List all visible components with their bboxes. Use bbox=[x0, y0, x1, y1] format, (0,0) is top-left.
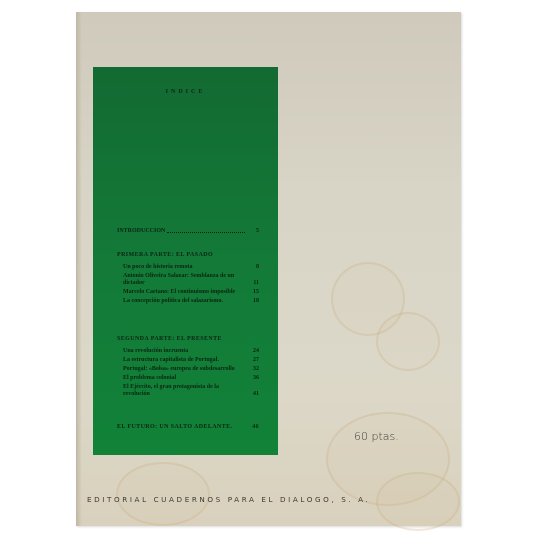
intro-page: 5 bbox=[247, 228, 259, 235]
entry-title: Antonio Oliveira Salazar: Semblanza de u… bbox=[123, 273, 247, 287]
book-back-cover: INDICE INTRODUCCION 5 PRIMERA PARTE: EL … bbox=[76, 12, 461, 526]
water-stain bbox=[376, 472, 460, 531]
leader-dots bbox=[167, 232, 245, 233]
toc-entry: La concepción política del salazarismo. … bbox=[123, 298, 259, 305]
entry-page: 15 bbox=[247, 289, 259, 296]
toc-entry: Antonio Oliveira Salazar: Semblanza de u… bbox=[123, 273, 259, 287]
toc-entry: Marcelo Caetano: El continuismo imposibl… bbox=[123, 289, 259, 296]
part2-heading: SEGUNDA PARTE: EL PRESENTE bbox=[117, 336, 222, 343]
entry-page: 18 bbox=[247, 298, 259, 305]
future-page: 46 bbox=[252, 424, 259, 431]
entry-title: El Ejército, el gran protagonista de la … bbox=[123, 384, 247, 398]
water-stain bbox=[376, 312, 440, 371]
entry-page: 24 bbox=[247, 348, 259, 355]
entry-title: La concepción política del salazarismo. bbox=[123, 298, 247, 305]
toc-entry: La estructura capitalista de Portugal. 2… bbox=[123, 357, 259, 364]
entry-page: 27 bbox=[247, 357, 259, 364]
publisher-imprint: EDITORIAL CUADERNOS PARA EL DIALOGO, S. … bbox=[87, 495, 370, 504]
future-label: EL FUTURO: UN SALTO ADELANTE. bbox=[117, 424, 232, 431]
entry-page: 41 bbox=[247, 391, 259, 398]
entry-page: 11 bbox=[247, 280, 259, 287]
toc-part2: SEGUNDA PARTE: EL PRESENTE Una revolució… bbox=[117, 336, 259, 400]
entry-page: 32 bbox=[247, 366, 259, 373]
entry-title: La estructura capitalista de Portugal. bbox=[123, 357, 247, 364]
entry-title: Una revolución incruenta bbox=[123, 348, 247, 355]
entry-title: El problema colonial bbox=[123, 375, 247, 382]
water-stain bbox=[116, 462, 210, 526]
entry-page: 8 bbox=[247, 264, 259, 271]
entry-title: Marcelo Caetano: El continuismo imposibl… bbox=[123, 289, 247, 296]
toc-entry: Una revolución incruenta 24 bbox=[123, 348, 259, 355]
toc-intro: INTRODUCCION 5 bbox=[117, 228, 259, 237]
entry-title: Un poco de historia remota bbox=[123, 264, 247, 271]
price-label: 60 ptas. bbox=[354, 430, 399, 443]
intro-label: INTRODUCCION bbox=[117, 228, 165, 235]
entry-page: 36 bbox=[247, 375, 259, 382]
toc-entry: El problema colonial 36 bbox=[123, 375, 259, 382]
toc-title: INDICE bbox=[93, 89, 278, 95]
toc-entry: Portugal: «Bolsa» europea de subdesarrol… bbox=[123, 366, 259, 373]
toc-part1: PRIMERA PARTE: EL PASADO Un poco de hist… bbox=[117, 252, 259, 307]
toc-future: EL FUTURO: UN SALTO ADELANTE. 46 bbox=[117, 424, 259, 436]
entry-title: Portugal: «Bolsa» europea de subdesarrol… bbox=[123, 366, 247, 373]
part1-heading: PRIMERA PARTE: EL PASADO bbox=[117, 252, 213, 259]
toc-entry: El Ejército, el gran protagonista de la … bbox=[123, 384, 259, 398]
table-of-contents-panel: INDICE INTRODUCCION 5 PRIMERA PARTE: EL … bbox=[93, 67, 278, 455]
toc-entry: Un poco de historia remota 8 bbox=[123, 264, 259, 271]
